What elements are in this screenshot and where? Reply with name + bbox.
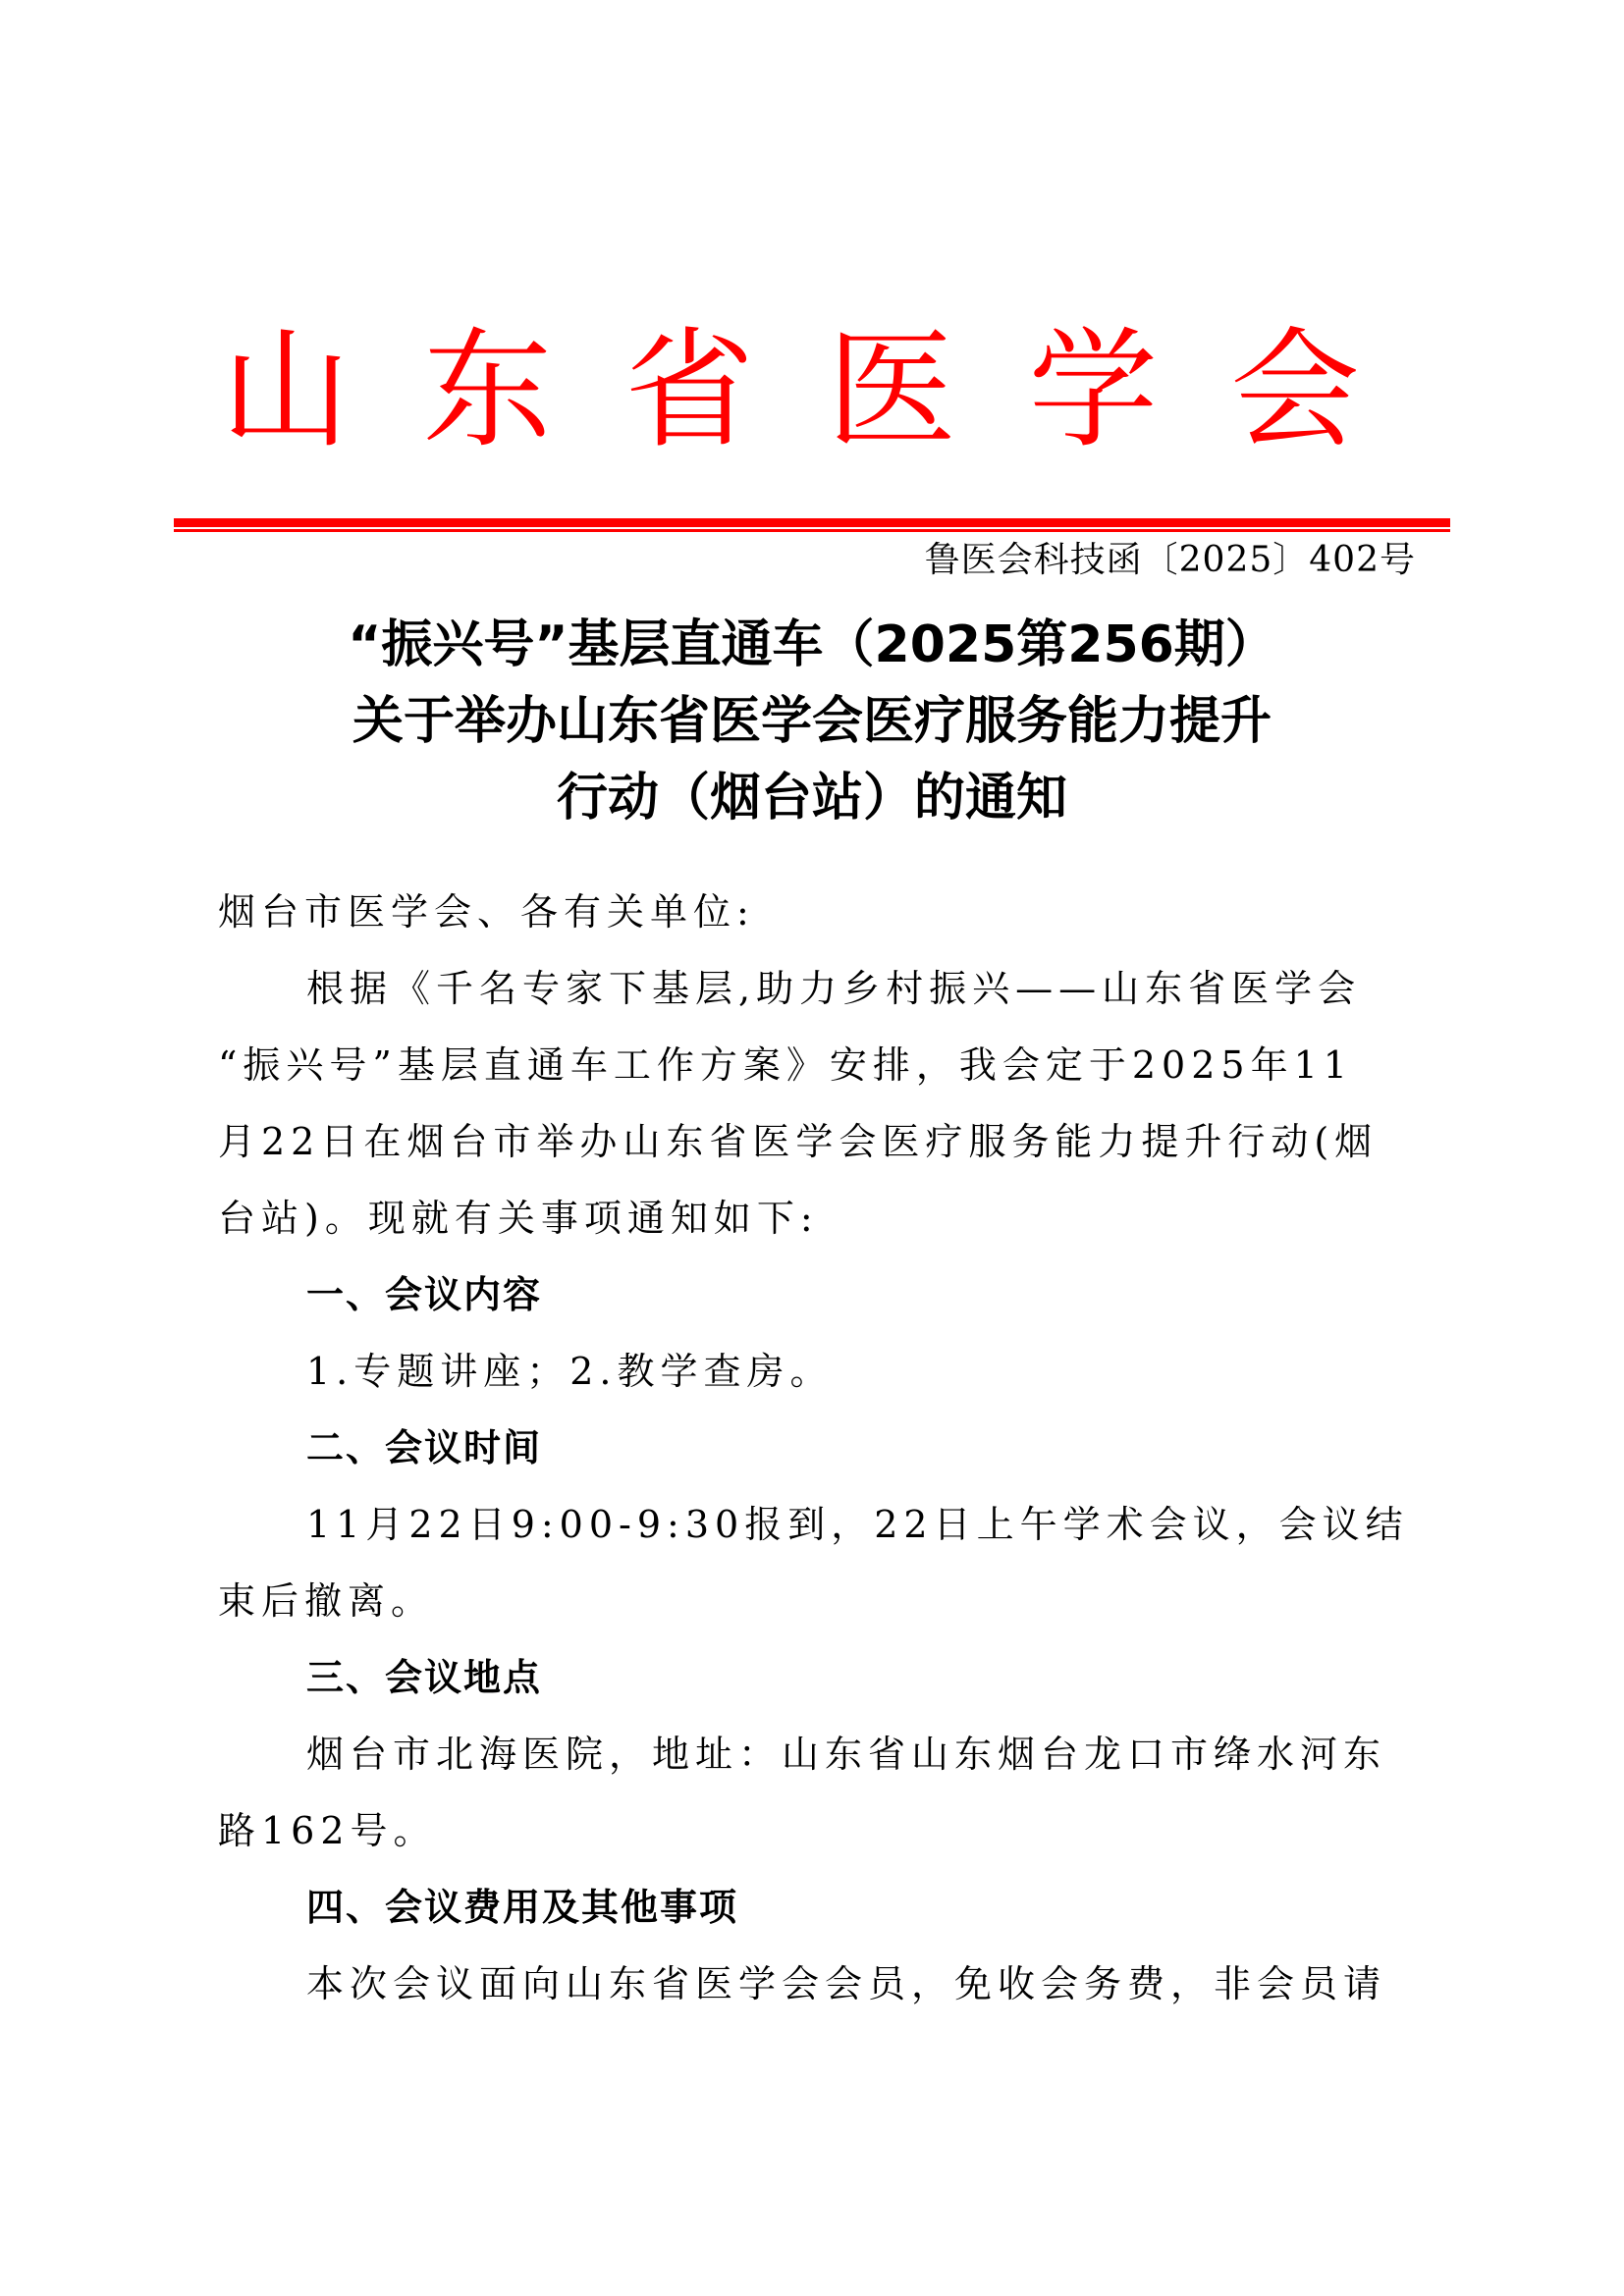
section-heading-location: 三、会议地点 <box>306 1653 1504 1702</box>
document-number: 鲁医会科技函〔2025〕402号 <box>925 538 1416 583</box>
masthead-char: 学 <box>1028 312 1158 469</box>
section-line: 1.专题讲座；2.教学查房。 <box>306 1347 1504 1396</box>
red-divider-thick <box>174 518 1450 527</box>
masthead-char: 山 <box>221 312 351 469</box>
intro-line: “振兴号”基层直通车工作方案》安排，我会定于2025年11 <box>218 1041 1416 1090</box>
masthead-char: 东 <box>423 312 553 469</box>
section-line: 束后撤离。 <box>218 1576 1416 1626</box>
intro-line: 根据《千名专家下基层,助力乡村振兴——山东省医学会 <box>306 964 1504 1013</box>
section-heading-content: 一、会议内容 <box>306 1270 1504 1319</box>
masthead-char: 省 <box>624 312 754 469</box>
salutation: 烟台市医学会、各有关单位: <box>218 887 1416 936</box>
section-line: 本次会议面向山东省医学会会员，免收会务费，非会员请 <box>306 1959 1504 2008</box>
section-heading-fees: 四、会议费用及其他事项 <box>306 1883 1504 1932</box>
section-line: 烟台市北海医院，地址：山东省山东烟台龙口市绛水河东 <box>306 1730 1504 1779</box>
masthead-char: 医 <box>827 312 956 469</box>
masthead-org-name: 山 东 省 医 学 会 <box>221 312 1360 469</box>
title-line-3: 行动（烟台站）的通知 <box>0 764 1624 832</box>
section-line: 路162号。 <box>218 1806 1416 1855</box>
intro-line: 台站)。现就有关事项通知如下: <box>218 1194 1416 1243</box>
section-line: 11月22日9:00-9:30报到，22日上午学术会议，会议结 <box>306 1500 1504 1549</box>
masthead-char: 会 <box>1230 312 1360 469</box>
intro-line: 月22日在烟台市举办山东省医学会医疗服务能力提升行动(烟 <box>218 1117 1416 1166</box>
red-divider-thin <box>174 529 1450 532</box>
title-line-2: 关于举办山东省医学会医疗服务能力提升 <box>0 687 1624 756</box>
title-line-1: “振兴号”基层直通车（2025第256期） <box>0 611 1624 679</box>
section-heading-time: 二、会议时间 <box>306 1423 1504 1472</box>
